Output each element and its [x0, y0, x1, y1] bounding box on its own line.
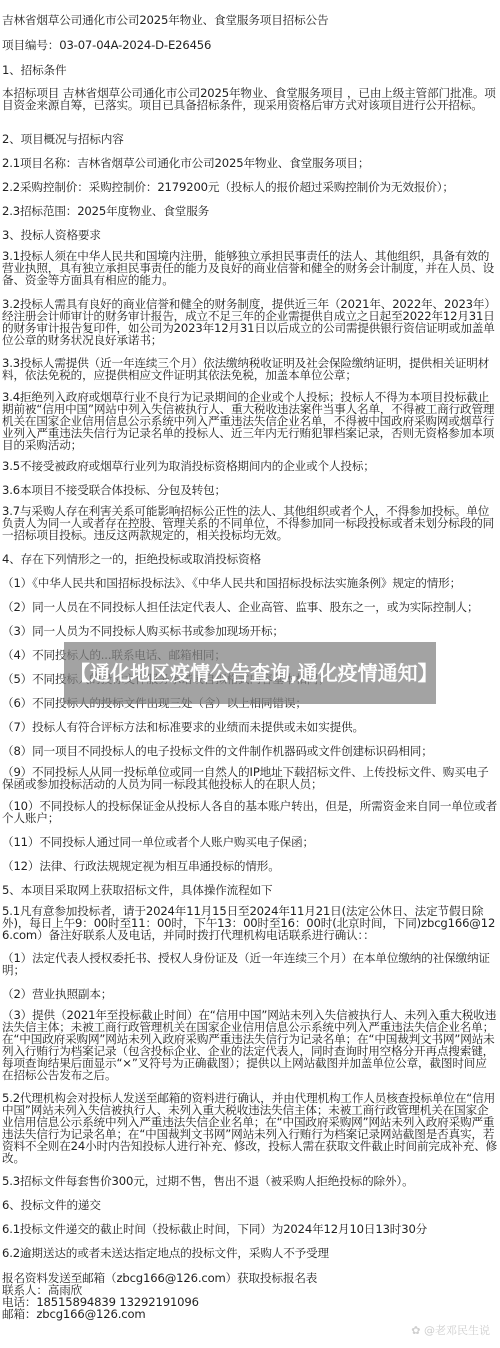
document-paragraph: 3.7与采购人存在利害关系可能影响招标公正性的法人、其他组织或者个人，不得参加投… [2, 505, 498, 541]
document-paragraph: 2、项目概况与招标内容 [2, 133, 498, 145]
document-title: 吉林省烟草公司通化市公司2025年物业、食堂服务项目招标公告 [2, 14, 498, 26]
document-paragraph: 1、招标条件 [2, 64, 498, 76]
document-paragraph: （8）同一项目不同投标人的电子投标文件的文件制作机器码或文件创建标识码相同； [2, 745, 498, 757]
document-paragraph: 3、投标人资格要求 [2, 229, 498, 241]
document-paragraph: 5.1凡有意参加投标者，请于2024年11月15日至2024年11月21日(法定… [2, 905, 498, 941]
document-paragraph: 5.2代理机构会对投标人发送至邮箱的资料进行确认，并由代理机构工作人员核查投标单… [2, 1092, 498, 1164]
document-paragraph: 6.1投标文件递交的截止时间（投标截止时间，下同）为2024年12月10日13时… [2, 1223, 498, 1235]
document-paragraph: 6.2逾期送达的或者未送达指定地点的投标文件，采购人不予受理 [2, 1247, 498, 1259]
document-paragraph: 邮箱：zbcg166@126.com [2, 1308, 498, 1320]
document-paragraph: 3.6本项目不接受联合体投标、分包及转包； [2, 484, 498, 496]
document-paragraph: 5.3招标文件每套售价300元，过期不售，售出不退（被采购人拒绝投标的除外）。 [2, 1175, 498, 1187]
document-paragraph: 4、存在下列情形之一的，拒绝投标或取消投标资格 [2, 553, 498, 565]
document-paragraph: （2）同一人员在不同投标人担任法定代表人、企业高管、监事、股东之一，或为实际控制… [2, 601, 498, 613]
document-paragraph: 3.1投标人须在中华人民共和国境内注册，能够独立承担民事责任的法人、其他组织，具… [2, 250, 498, 286]
document-paragraph: （1）法定代表人授权委托书、授权人身份证及（近一年连续三个月）在本单位缴纳的社保… [2, 952, 498, 976]
document-paragraph: 3.2投标人需具有良好的商业信誉和健全的财务制度，提供近三年（2021年、202… [2, 298, 498, 346]
document-paragraph: （9）不同投标人从同一投标单位或同一自然人的IP地址下载招标文件、上传投标文件、… [2, 766, 498, 790]
author-watermark: ✿ @老邓民生说 [411, 1322, 490, 1338]
document-paragraph: （2）营业执照副本； [2, 988, 498, 1000]
document-paragraph: （7）投标人有符合评标方法和标准要求的业绩而未提供或未如实提供。 [2, 721, 498, 733]
document-paragraph: 项目编号：03-07-04A-2024-D-E26456 [2, 39, 498, 51]
document-paragraph: 6、投标文件的递交 [2, 1199, 498, 1211]
document-paragraph: 3.4拒绝列入政府或烟草行业不良行为记录期间的企业或个人投标；投标人不得为本项目… [2, 391, 498, 451]
headline-banner-overlay: 【通化地区疫情公告查询,通化疫情通知】 [64, 642, 436, 704]
document-paragraph: （11）不同投标人通过同一单位或者个人账户购买电子保函； [2, 836, 498, 848]
document-paragraph: 2.3招标范围：2025年度物业、食堂服务 [2, 205, 498, 217]
headline-banner-text: 【通化地区疫情公告查询,通化疫情通知】 [64, 661, 436, 685]
document-paragraph: 2.2采购控制价：采购控制价：2179200元（投标人的报价超过采购控制价为无效… [2, 181, 498, 193]
document-paragraph: （3）提供（2021年至投标截止时间）在“信用中国”网站未列入失信被执行人、未列… [2, 1009, 498, 1081]
document-paragraph: 3.3投标人需提供（近一年连续三个月）依法缴纳税收证明及社会保险缴纳证明，提供相… [2, 357, 498, 381]
document-paragraph: （10）不同投标人的投标保证金从投标人各自的基本账户转出，但是，所需资金来自同一… [2, 800, 498, 824]
document-paragraph: 2.1项目名称：吉林省烟草公司通化市公司2025年物业、食堂服务项目； [2, 157, 498, 169]
document-paragraph: （3）同一人员为不同投标人购买标书或参加现场开标； [2, 625, 498, 637]
document-paragraph: （12）法律、行政法规规定视为相互串通投标的情形。 [2, 860, 498, 872]
document-paragraph: 本招标项目 吉林省烟草公司通化市公司2025年物业、食堂服务项目 ，已由上级主管… [2, 87, 498, 111]
document-paragraph: 5、本项目采取网上获取招标文件，具体操作流程如下 [2, 884, 498, 896]
document-paragraph: （1）《中华人民共和国招标投标法》、《中华人民共和国招标投标法实施条例》规定的情… [2, 577, 498, 589]
document-paragraph: 3.5不接受被政府或烟草行业列为取消投标资格期间内的企业或个人投标； [2, 460, 498, 472]
